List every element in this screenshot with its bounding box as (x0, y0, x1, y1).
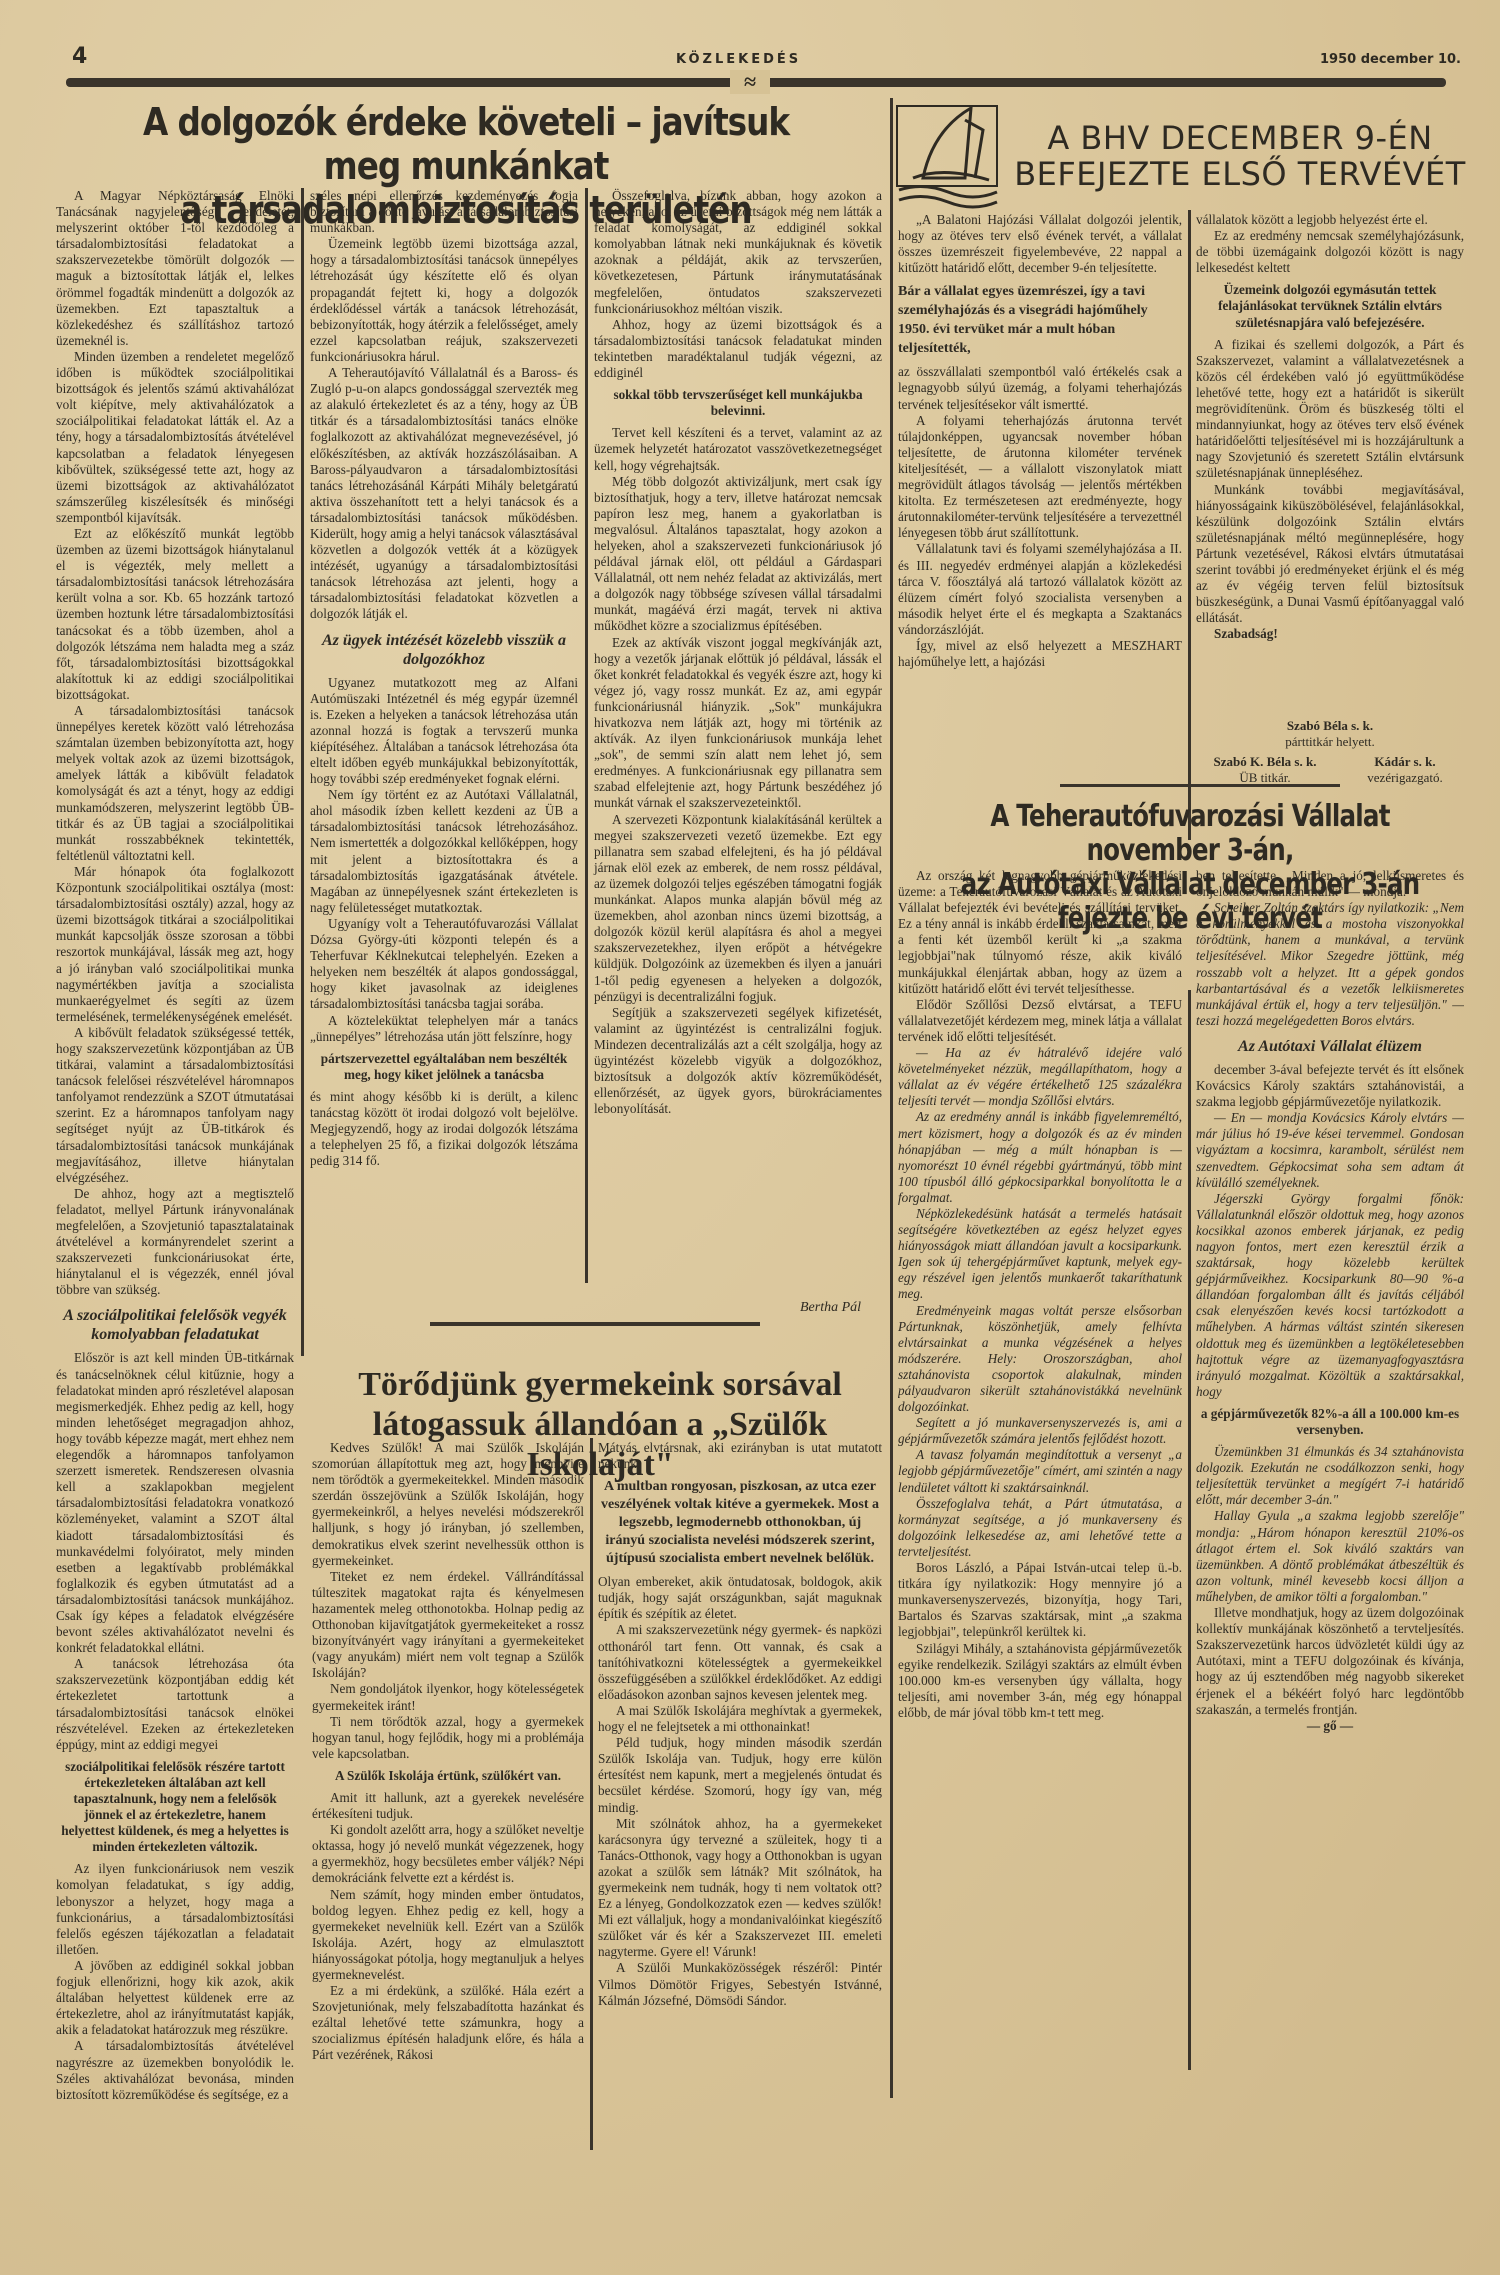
bold-callout: A multban rongyosan, piszkosan, az utca … (598, 1478, 882, 1568)
column-divider (1188, 210, 1191, 840)
paragraph: Még több dolgozót aktivizáljunk, mert cs… (594, 474, 882, 635)
paragraph: Elődör Szőllősi Dezső elvtársat, a TEFU … (898, 997, 1182, 1045)
article4-column-2: Mátyás elvtársnak, aki ezirányban is uta… (598, 1440, 882, 2150)
paragraph: A mi szakszervezetünk négy gyermek- és n… (598, 1622, 882, 1702)
paragraph: Üzemünkben 31 élmunkás és 34 sztahánovis… (1196, 1444, 1464, 1508)
paragraph: Hallay Gyula „a szakma legjobb szerelője… (1196, 1508, 1464, 1605)
paragraph: december 3-ával befejezte tervét és ítt … (1196, 1062, 1464, 1110)
paragraph: Ez az eredmény nemcsak személyhajózásunk… (1196, 228, 1464, 276)
bold-callout: a gépjárművezetők 82%-a áll a 100.000 km… (1196, 1406, 1464, 1438)
paragraph: Mit szólnátok ahhoz, ha a gyermekeket ka… (598, 1816, 882, 1961)
paragraph: Titeket ez nem érdekel. Vállrándítással … (312, 1569, 584, 1682)
article2-headline: A BHV DECEMBER 9-ÉN BEFEJEZTE ELSŐ TERVÉ… (1010, 120, 1470, 192)
paragraph: Munkánk további megjavításával, hiányoss… (1196, 482, 1464, 627)
signature-1: Szabó Béla s. k. párttitkár helyett. (1250, 718, 1410, 750)
article4-column-1: Kedves Szülők! A mai Szülők Iskoláján sz… (312, 1440, 584, 2150)
paragraph: A társadalombiztosítás átvételével nagyr… (56, 2038, 294, 2102)
paragraph: Minden üzemben a rendeletet megelőző idő… (56, 349, 294, 526)
column-divider (890, 98, 893, 2098)
paragraph: A tanácsok létrehozása óta szakszervezet… (56, 1656, 294, 1753)
paragraph: Olyan embereket, akik öntudatosak, boldo… (598, 1574, 882, 1622)
headline-line: A BHV DECEMBER 9-ÉN (1010, 120, 1470, 156)
paragraph: Ugyanígy volt a Teherautófuvarozási Váll… (310, 916, 578, 1013)
paragraph: Ez a mi érdekünk, a szülőké. Hála ezért … (312, 1983, 584, 2063)
paragraph: Nem számít, hogy minden ember öntudatos,… (312, 1887, 584, 1984)
paragraph: Ti nem törődtök azzal, hogy a gyermekek … (312, 1714, 584, 1762)
section-rule (430, 1322, 760, 1326)
paragraph: Az ország két legnagyobb gépjárműközleke… (898, 868, 1182, 997)
paragraph: A tavasz folyamán megindítottuk a versen… (898, 1447, 1182, 1495)
article1-column-2: széles népi ellenőrzés kezdeményezés fog… (310, 188, 578, 1169)
paragraph: A közteleküktat telephelyen már a tanács… (310, 1013, 578, 1045)
bold-callout: szociálpolitikai felelősök részére tarto… (56, 1759, 294, 1856)
signature-title: vezérigazgató. (1350, 770, 1460, 786)
bold-callout: pártszervezettel egyáltalában nem beszél… (310, 1051, 578, 1083)
paragraph: A mai Szülők Iskolájára meghívtak a gyer… (598, 1703, 882, 1735)
signature-3: Kádár s. k. vezérigazgató. (1350, 754, 1460, 786)
paragraph: Ezt az előkészítő munkát legtöbb üzemben… (56, 526, 294, 703)
column-divider (585, 188, 588, 1283)
paragraph: Már hónapok óta foglalkozott Központunk … (56, 864, 294, 1025)
paragraph: Kedves Szülők! A mai Szülők Iskoláján sz… (312, 1440, 584, 1569)
bold-callout: Üzemeink dolgozói egymásután tettek fela… (1196, 282, 1464, 330)
paragraph: Scheiber Zoltán szaktárs így nyilatkozik… (1196, 900, 1464, 1029)
paragraph: Mátyás elvtársnak, aki ezirányban is uta… (598, 1440, 882, 1472)
paragraph: Jégerszki György forgalmi főnök: Vállala… (1196, 1191, 1464, 1400)
headline-line: Törődjünk gyermekeink sorsával (310, 1365, 890, 1405)
paragraph: A társadalombiztosítási tanácsok ünnepél… (56, 703, 294, 864)
paragraph: — Ha az év hátralévő idejére való követe… (898, 1045, 1182, 1109)
paragraph: A szervezeti Központunk kialakításánál k… (594, 812, 882, 1005)
paragraph: A Magyar Népköztársaság Elnöki Tanácsána… (56, 188, 294, 349)
paragraph: Tervet kell készíteni és a tervet, valam… (594, 425, 882, 473)
paragraph: Ugyanez mutatkozott meg az Alfani Autómü… (310, 675, 578, 788)
headline-line: A dolgozók érdeke követeli – javítsuk me… (113, 100, 818, 188)
signature-name: Szabó K. Béla s. k. (1190, 754, 1340, 770)
paragraph: Boros László, a Pápai István-utcai telep… (898, 1560, 1182, 1640)
article1-column-1: A Magyar Népköztársaság Elnöki Tanácsána… (56, 188, 294, 2103)
sailboat-logo-icon (893, 100, 1003, 210)
signature-name: Szabó Béla s. k. (1250, 718, 1410, 734)
bold-callout: A Szülők Iskolája értünk, szülőkért van. (312, 1768, 584, 1784)
paragraph: Összefoglalva tehát, a Párt útmutatása, … (898, 1496, 1182, 1560)
paragraph: Népközlekedésünk hatását a termelés hatá… (898, 1206, 1182, 1303)
subheading: Az ügyek intézését közelebb visszük a do… (310, 631, 578, 669)
column-divider (1188, 990, 1191, 2070)
paragraph: A fizikai és szellemi dolgozók, a Párt é… (1196, 337, 1464, 482)
subheading: Az Autótaxi Vállalat élüzem (1196, 1037, 1464, 1056)
paragraph: Segítjük a szakszervezeti segélyek kifiz… (594, 1005, 882, 1118)
paragraph: Illetve mondhatjuk, hogy az üzem dolgozó… (1196, 1605, 1464, 1718)
article3-column-1: Az ország két legnagyobb gépjárműközleke… (898, 868, 1182, 2078)
paragraph: A folyami teherhajózás árutonna tervét t… (898, 413, 1182, 542)
article2-column-2: vállalatok között a legjobb helyezést ér… (1196, 212, 1464, 642)
bold-callout: Bár a vállalat egyes üzemrészei, így a t… (898, 282, 1182, 358)
article2-column-1: „A Balatoni Hajózási Vállalat dolgozói j… (898, 212, 1182, 670)
issue-date: 1950 december 10. (1320, 52, 1461, 67)
signature-2: Szabó K. Béla s. k. ÜB titkár. (1190, 754, 1340, 786)
paragraph: Először is azt kell minden ÜB-titkárnak … (56, 1350, 294, 1656)
paragraph: Nem gondoljátok ilyenkor, hogy kötelessé… (312, 1681, 584, 1713)
article3-column-2: ben teljesítette. „Minden a jó, lelkiism… (1196, 868, 1464, 2078)
paragraph: Péld tudjuk, hogy minden második szerdán… (598, 1735, 882, 1815)
paragraph: széles népi ellenőrzés kezdeményezés fog… (310, 188, 578, 236)
section-rule (1060, 784, 1340, 787)
page-number: 4 (72, 44, 87, 69)
paragraph: Ahhoz, hogy az üzemi bizottságok és a tá… (594, 317, 882, 381)
paragraph: A Szülői Munkaközösségek részéről: Pinté… (598, 1960, 882, 2008)
article3-byline: — gő — (1196, 1718, 1464, 1734)
paragraph: Ezek az aktívák viszont joggal megkívánj… (594, 635, 882, 812)
signature-title: párttitkár helyett. (1250, 734, 1410, 750)
paragraph: Összefoglalva, bízunk abban, hogy azokon… (594, 188, 882, 317)
paragraph: — En — mondja Kovácsics Károly elvtárs —… (1196, 1110, 1464, 1190)
paragraph: A Teherautójavító Vállalatnál és a Baros… (310, 365, 578, 623)
paragraph: Szilágyi Mihály, a sztahánovista gépjárm… (898, 1641, 1182, 1721)
paragraph: ben teljesítette. „Minden a jó, lelkiism… (1196, 868, 1464, 900)
paragraph: Segített a jó munkaversenyszervezés is, … (898, 1415, 1182, 1447)
column-divider (590, 1438, 593, 2150)
paragraph: A jövőben az eddiginél sokkal jobban fog… (56, 1958, 294, 2038)
paragraph: és mint ahogy később ki is derült, a kil… (310, 1089, 578, 1169)
wave-ornament-icon: ≈ (730, 70, 770, 94)
paragraph: Így, mivel az első helyezett a MESZHART … (898, 638, 1182, 670)
paragraph: Vállalatunk tavi és folyami személyhajóz… (898, 541, 1182, 638)
article1-column-3: Összefoglalva, bízunk abban, hogy azokon… (594, 188, 882, 1117)
paragraph: az összvállalati szempontból való értéke… (898, 364, 1182, 412)
subheading: A szociálpolitikai felelősök vegyék komo… (56, 1306, 294, 1344)
paragraph: A kibővült feladatok szükségessé tették,… (56, 1025, 294, 1186)
headline-line: A Teherautófuvarozási Vállalat november … (944, 800, 1436, 868)
paragraph: Amit itt hallunk, azt a gyerekek nevelés… (312, 1790, 584, 1822)
paragraph: Az ilyen funkcionáriusok nem veszik komo… (56, 1861, 294, 1958)
bold-callout: sokkal több tervszerűséget kell munkájuk… (594, 387, 882, 419)
paragraph: Szabadság! (1196, 626, 1464, 642)
paragraph: Eredményeink magas voltát persze elsősor… (898, 1303, 1182, 1416)
paragraph: vállalatok között a legjobb helyezést ér… (1196, 212, 1464, 228)
signature-name: Kádár s. k. (1350, 754, 1460, 770)
newspaper-title: KÖZLEKEDÉS (676, 52, 801, 67)
paragraph: Az az eredmény annál is inkább figyelemr… (898, 1109, 1182, 1206)
headline-line: BEFEJEZTE ELSŐ TERVÉVÉT (1010, 156, 1470, 192)
paragraph: Üzemeink legtöbb üzemi bizottsága azzal,… (310, 236, 578, 365)
paragraph: Nem így történt ez az Autótaxi Vállalatn… (310, 787, 578, 916)
paragraph: De ahhoz, hogy azt a megtisztelő feladat… (56, 1186, 294, 1299)
article1-byline: Bertha Pál (800, 1300, 861, 1316)
paragraph: „A Balatoni Hajózási Vállalat dolgozói j… (898, 212, 1182, 276)
paragraph: Ki gondolt azelőtt arra, hogy a szülőket… (312, 1822, 584, 1886)
column-divider (301, 188, 304, 1356)
